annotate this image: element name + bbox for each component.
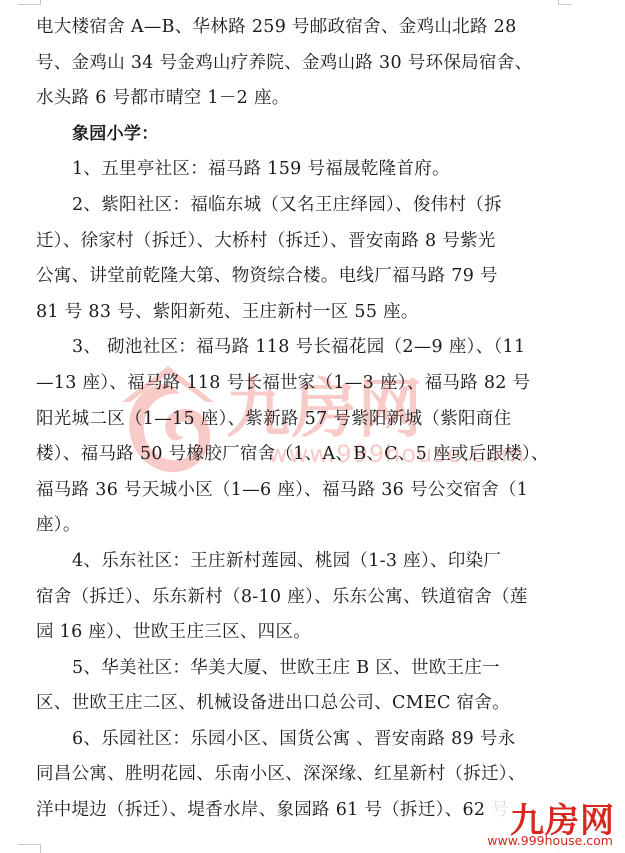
community-line: 宿舍（拆迁）、乐东新村（8-10 座）、乐东公寓、铁道宿舍（莲 (36, 580, 596, 616)
community-line: —13 座）、福马路 118 号长福世家（1—3 座）、福马路 82 号 (36, 366, 596, 402)
community-line: 福马路 36 号天城小区（1—6 座）、福马路 36 号公交宿舍（1 (36, 473, 596, 509)
page-corner-mark-top-right-h (558, 4, 572, 5)
page-corner-mark-bottom-right (558, 844, 573, 853)
community-line: 2、紫阳社区：福临东城（又名王庄绎园）、俊伟村（拆 (36, 188, 596, 224)
community-4: 4、乐东社区：王庄新村莲园、桃园（1-3 座）、印染厂 宿舍（拆迁）、乐东新村（… (36, 544, 596, 651)
community-line: 5、华美社区：华美大厦、世欧王庄 B 区、世欧王庄一 (36, 651, 596, 687)
page-corner-mark-bottom-left (18, 844, 41, 853)
community-line: 公寓、讲堂前乾隆大第、物资综合楼。电线厂福马路 79 号 (36, 259, 596, 295)
school-heading: 象园小学： (36, 117, 596, 153)
community-line: 阳光城二区（1—15 座）、紫新路 57 号紫阳新城（紫阳商住 (36, 402, 596, 438)
community-line: 迁）、徐家村（拆迁）、大桥村（拆迁）、晋安南路 8 号紫光 (36, 224, 596, 260)
community-line: 园 16 座）、世欧王庄三区、四区。 (36, 615, 596, 651)
community-line: 座）。 (36, 508, 596, 544)
text-line: 电大楼宿舍 A—B、华林路 259 号邮政宿舍、金鸡山北路 28 (36, 10, 596, 46)
community-line: 楼）、福马路 50 号橡胶厂宿舍（1、A、B、C、5 座或后跟楼）、 (36, 437, 596, 473)
community-2: 2、紫阳社区：福临东城（又名王庄绎园）、俊伟村（拆 迁）、徐家村（拆迁）、大桥村… (36, 188, 596, 330)
document-page: 九房网 www.999house.com 电大楼宿舍 A—B、华林路 259 号… (0, 0, 625, 853)
watermark-corner-url: www.999house.com (487, 833, 613, 848)
text-line: 水头路 6 号都市晴空 1－2 座。 (36, 81, 596, 117)
community-1: 1、五里亭社区：福马路 159 号福晟乾隆首府。 (36, 152, 596, 188)
community-line: 3、 砌池社区：福马路 118 号长福花园（2—9 座）、（11 (36, 330, 596, 366)
community-line: 同昌公寓、胜明花园、乐南小区、深深缘、红星新村（拆迁）、 (36, 757, 596, 793)
document-body: 电大楼宿舍 A—B、华林路 259 号邮政宿舍、金鸡山北路 28 号、金鸡山 3… (36, 10, 596, 829)
page-corner-mark-top-left (18, 0, 41, 5)
community-5: 5、华美社区：华美大厦、世欧王庄 B 区、世欧王庄一 区、世欧王庄二区、机械设备… (36, 651, 596, 722)
text-line: 号、金鸡山 34 号金鸡山疗养院、金鸡山路 30 号环保局宿舍、 (36, 46, 596, 82)
community-line: 区、世欧王庄二区、机械设备进出口总公司、CMEC 宿舍。 (36, 686, 596, 722)
community-line: 4、乐东社区：王庄新村莲园、桃园（1-3 座）、印染厂 (36, 544, 596, 580)
community-line: 洋中堤边（拆迁）、堤香水岸、象园路 61 号（拆迁）、62 号 (36, 793, 596, 829)
community-line: 81 号 83 号、紫阳新苑、王庄新村一区 55 座。 (36, 295, 596, 331)
community-3: 3、 砌池社区：福马路 118 号长福花园（2—9 座）、（11 —13 座）、… (36, 330, 596, 544)
community-6: 6、乐园社区：乐园小区、国货公寓 、晋安南路 89 号永 同昌公寓、胜明花园、乐… (36, 722, 596, 829)
community-line: 1、五里亭社区：福马路 159 号福晟乾隆首府。 (36, 152, 596, 188)
community-line: 6、乐园社区：乐园小区、国货公寓 、晋安南路 89 号永 (36, 722, 596, 758)
